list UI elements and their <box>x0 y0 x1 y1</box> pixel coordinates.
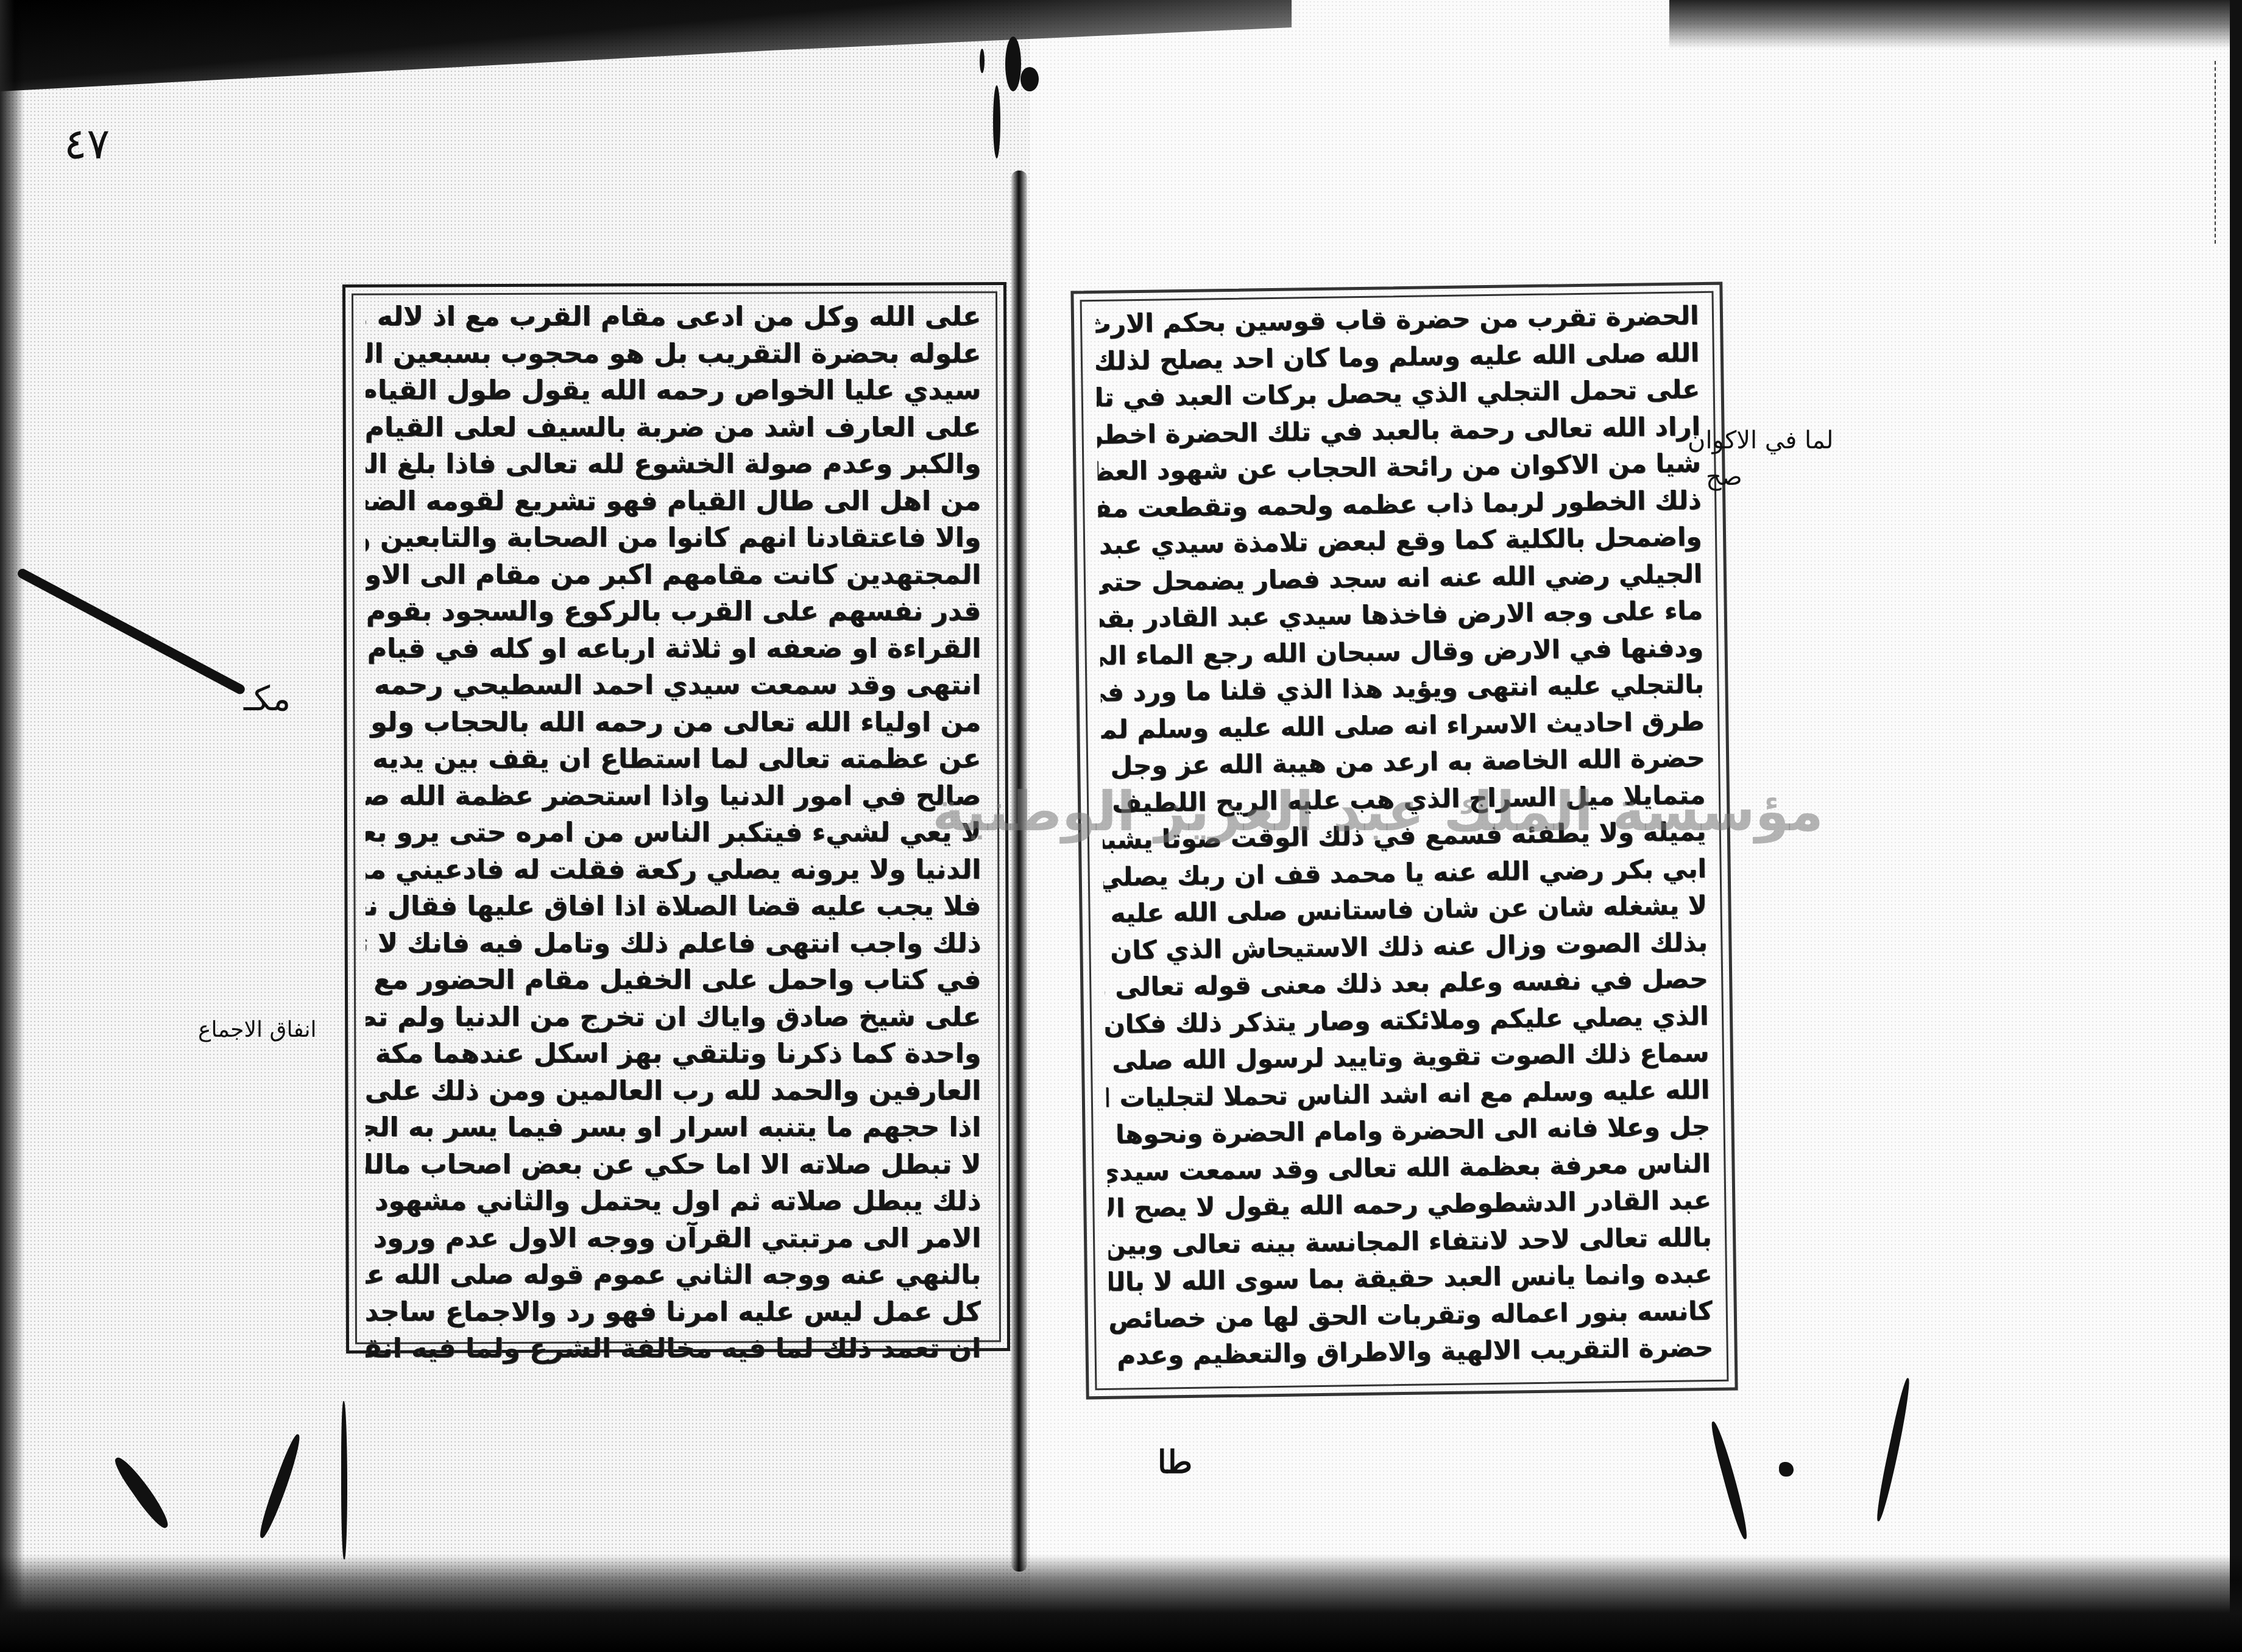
text-line: اذا حجهم ما يتنبه اسرار او بسر فيما يسر … <box>366 1109 981 1146</box>
text-line: قدر نفسهم على القرب بالركوع والسجود بقوم… <box>366 593 981 630</box>
text-line: صالح في امور الدنيا واذا استحضر عظمة الل… <box>366 778 981 815</box>
text-line: والكبر وعدم صولة الخشوع لله تعالى فاذا ب… <box>366 446 981 483</box>
text-line: انتهى وقد سمعت سيدي احمد السطيحي رحمه ال… <box>366 667 981 704</box>
binding-strip <box>2215 61 2224 244</box>
text-line: بالنهي عنه ووجه الثاني عموم قوله صلى الل… <box>366 1257 981 1294</box>
gutter-ink-stains <box>969 12 1060 171</box>
right-margin-note: لما في الاكوان <box>1688 426 1834 454</box>
left-page-edge <box>0 0 24 1652</box>
text-line: من اولياء الله تعالى من رحمه الله بالحجا… <box>366 704 981 741</box>
text-line: ان تعمد ذلك لما فيه مخالفة الشرع ولما في… <box>366 1330 981 1368</box>
text-line: القراءة او ضعفه او ثلاثة ارباعه او كله ف… <box>366 630 981 668</box>
damage-stain <box>1779 1462 1794 1477</box>
text-line: المجتهدين كانت مقامهم اكبر من مقام الى ا… <box>366 557 981 594</box>
text-line: لا يعي لشيء فيتكبر الناس من امره حتى يرو… <box>366 814 981 852</box>
bottom-shadow <box>0 1555 2242 1652</box>
top-right-shadow <box>1669 0 2242 49</box>
right-page-edge <box>2230 0 2242 1652</box>
text-line: ذلك واجب انتهى فاعلم ذلك وتامل فيه فانك … <box>366 925 981 962</box>
text-line: على شيخ صادق واياك ان تخرج من الدنيا ولم… <box>366 999 981 1036</box>
text-line: من اهل الى طال القيام فهو تشريع لقومه ال… <box>366 483 981 520</box>
text-line: ذلك يبطل صلاته ثم اول يحتمل والثاني مشهو… <box>366 1183 981 1220</box>
text-line: كل عمل ليس عليه امرنا فهو رد والاجماع سا… <box>366 1294 981 1331</box>
text-line: العارفين والحمد لله رب العالمين ومن ذلك … <box>366 1073 981 1110</box>
text-line: سيدي عليا الخواص رحمه الله يقول طول القي… <box>366 372 981 409</box>
folio-number: ٤٧ <box>64 119 110 169</box>
book-gutter <box>1011 171 1027 1572</box>
right-margin-correction-mark: صح <box>1706 463 1742 491</box>
text-line: لا تبطل صلاته الا اما حكي عن بعض اصحاب م… <box>366 1146 981 1184</box>
left-page-text: على الله وكل من ادعى مقام القرب مع اذ لا… <box>366 298 981 1368</box>
text-line: علوله بحضرة التقريب بل هو محجوب بسبعين ا… <box>366 336 981 373</box>
text-line: الامر الى مرتبتي القرآن ووجه الاول عدم و… <box>366 1220 981 1257</box>
text-line: فلا يجب عليه قضا الصلاة اذا افاق عليها ف… <box>366 888 981 925</box>
text-line: واحدة كما ذكرنا وتلتقي بهز اسكل عندهما م… <box>366 1036 981 1073</box>
text-line: على العارف اشد من ضربة بالسيف لعلى القيا… <box>366 409 981 447</box>
text-line: في كتاب واحمل على الخفيل مقام الحضور مع … <box>366 962 981 999</box>
watermark: مؤسسة الملك عبد العزيز الوطنية <box>932 780 1823 844</box>
left-margin-note: انفاق الاجماع <box>198 1017 317 1042</box>
margin-pointer-mark: مكـ <box>244 679 291 719</box>
text-line: والا فاعتقادنا انهم كانوا من الصحابة وال… <box>366 520 981 557</box>
text-line: الدنيا ولا يرونه يصلي ركعة فقلت له فادعي… <box>366 852 981 889</box>
catchword: طا <box>1158 1444 1192 1481</box>
text-line: على الله وكل من ادعى مقام القرب مع اذ لا… <box>366 298 981 336</box>
text-line: عن عظمته تعالى لما استطاع ان يقف بين يدي… <box>366 741 981 778</box>
